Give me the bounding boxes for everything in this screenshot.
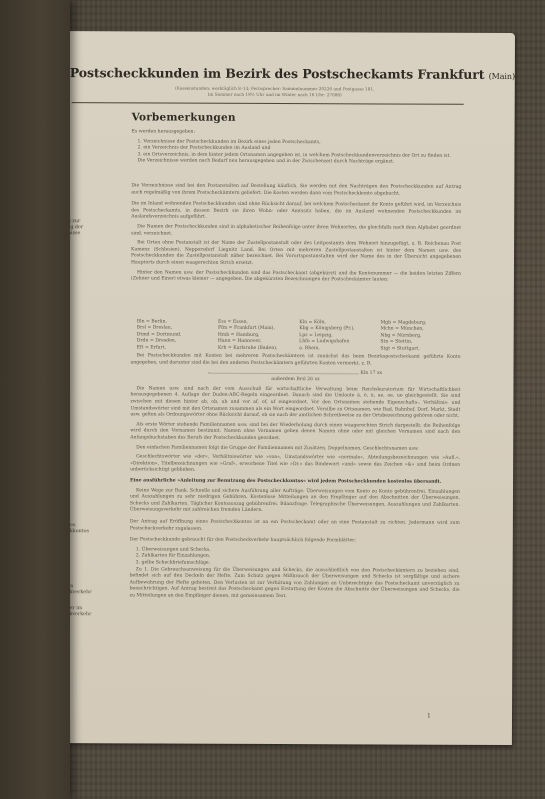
paragraph: Die Verzeichnisse sind bei den Postansta… [131,183,461,198]
intro-closing: Die Verzeichnisse werden nach Bedarf neu… [131,159,461,167]
paragraph: Bei Orten ohne Postanstalt ist der Name … [131,241,461,269]
paragraph: Keine Wege zur Bank. Schnelle und sicher… [130,488,460,516]
abbreviation-entry: Eft = Erfurt, [137,345,218,352]
bold-notice: Eine ausführliche »Anleitung zur Benutzu… [130,478,460,486]
header-title-text: Postscheckkunden im Bezirk des Postschec… [70,65,485,82]
intro-block: Es werden herausgegeben: 1. Verzeichniss… [131,129,461,169]
paragraphs-part-2: Bei Postscheckkunden mit Konten bei mehr… [130,353,461,604]
paragraphs-part-1: Die Verzeichnisse sind bei den Postansta… [131,183,461,287]
header-title-suffix: (Main) [489,72,515,81]
header-info-line-2: Im Sommer nach 19½ Uhr und im Winter nac… [90,91,460,98]
abbreviation-entry: Krh = Karlsruhe (Baden), [218,345,299,352]
document-page: Postscheckkunden im Bezirk des Postschec… [47,31,515,745]
paragraph: Die Namen der Postscheckkunden sind in a… [131,224,461,239]
example-left: Kln 17 xx [360,371,382,376]
abbreviation-entry: a. Rhein, [299,346,380,353]
header-divider [72,102,464,105]
paragraph: Den einfachen Familiennamen folgt die Gr… [130,445,460,453]
intro-lead: Es werden herausgegeben: [132,129,462,137]
dot-leaders [209,370,359,375]
page-content: Postscheckkunden im Bezirk des Postschec… [47,31,515,745]
example-line-2: außerdem Brsl 26 xx [130,377,460,385]
paragraph: Die Namen usw. sind nach der vom Ausschu… [130,386,460,420]
abbreviation-entry: Stgt = Stuttgart. [380,346,461,353]
paragraph: Der Antrag auf Eröffnung eines Postschec… [130,519,460,534]
document-header-title: Postscheckkunden im Bezirk des Postschec… [70,65,470,82]
postscheckamt-abbreviation-table: Bln = Berlin,Ess = Essen,Kln = Köln,Mgb … [137,319,462,352]
paragraph: Der Postscheckkunde gebraucht für den Po… [130,538,460,546]
paragraph: Hinter den Namen usw. der Postscheckkund… [131,270,461,285]
paragraph: Bei Postscheckkunden mit Konten bei mehr… [131,353,461,368]
final-paragraph: Zu 1. Die Gebrauchsanweisung für die Übe… [130,567,460,601]
paragraph: Die im Inland wohnenden Postscheckkunden… [131,202,461,223]
binder-spine [0,0,70,799]
paragraph: Als erste Wörter stehende Familiennamen … [130,422,460,443]
paragraph: Geschlechtswörter wie »der«, Verhältnisw… [130,455,460,476]
section-title: Vorbemerkungen [132,111,236,123]
page-number: 1 [427,713,431,720]
